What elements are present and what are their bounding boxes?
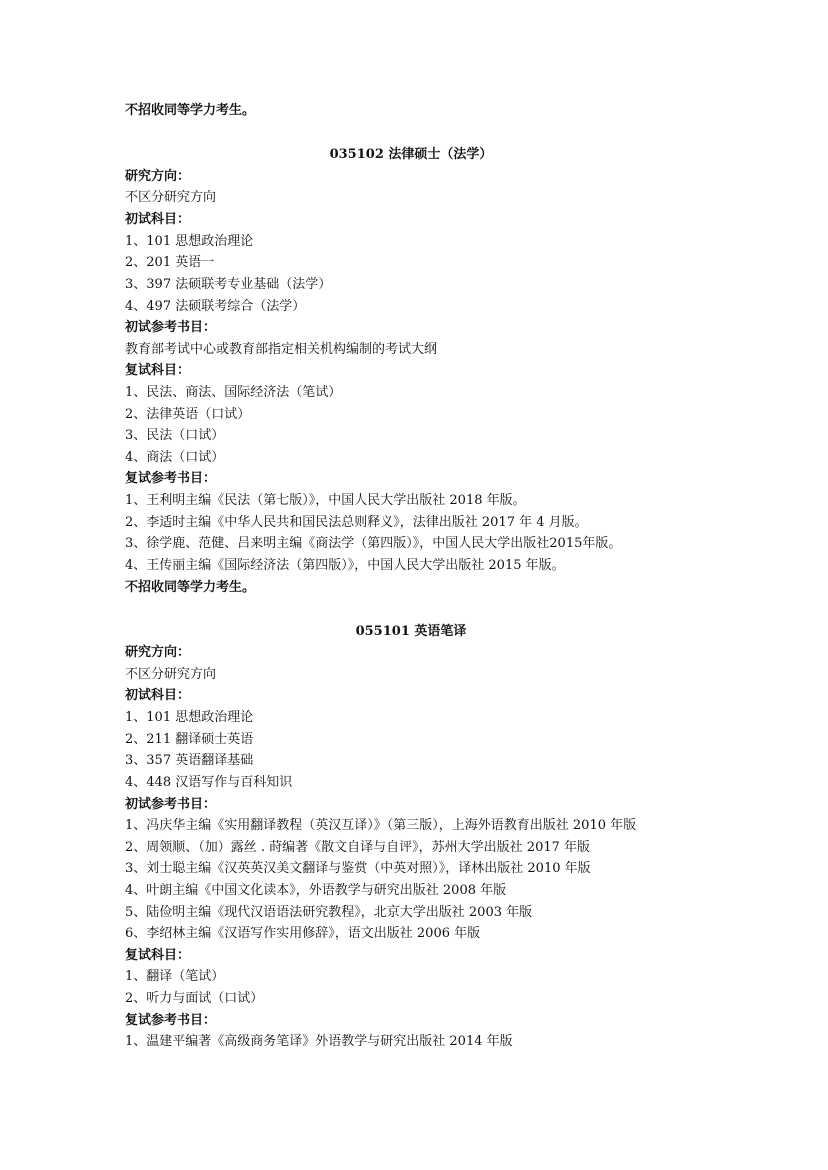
initial-subject-item: 1、101 思想政治理论 [125,707,253,729]
retest-books-label: 复试参考书目： [125,468,216,490]
retest-subject-item: 2、法律英语（口试） [125,404,250,426]
retest-subject-item: 3、民法（口试） [125,425,224,447]
initial-book-item: 2、周领顺、（加）露丝 . 莳编著《散文自译与自评》，苏州大学出版社 2017 … [125,837,590,859]
initial-book-item: 3、刘士聪主编《汉英英汉美文翻译与鉴赏（中英对照）》，译林出版社 2010 年版 [125,858,591,880]
retest-book-item: 2、李适时主编《中华人民共和国民法总则释义》，法律出版社 2017 年 4 月版… [125,512,588,534]
initial-book-item: 教育部考试中心或教育部指定相关机构编制的考试大纲 [125,339,437,361]
retest-subject-item: 2、听力与面试（口试） [125,988,263,1010]
retest-subject-item: 1、民法、商法、国际经济法（笔试） [125,382,341,404]
initial-subject-item: 4、448 汉语写作与百科知识 [125,772,292,794]
retest-book-item: 4、王传丽主编《国际经济法（第四版）》，中国人民大学出版社 2015 年版。 [125,555,565,577]
initial-subjects-label: 初试科目： [125,685,190,707]
section-title-text: 055101 英语笔译 [356,624,467,639]
top-note: 不招收同等学力考生。 [125,100,255,122]
initial-book-item: 5、陆俭明主编《现代汉语语法研究教程》，北京大学出版社 2003 年版 [125,902,532,924]
retest-book-item: 3、徐学鹿、范健、吕来明主编《商法学（第四版）》，中国人民大学出版社2015年版… [125,533,621,555]
section-title-translation: 055101 英语笔译 [0,621,828,643]
initial-books-label: 初试参考书目： [125,794,216,816]
initial-subject-item: 1、101 思想政治理论 [125,231,253,253]
document-page: 不招收同等学力考生。 035102 法律硕士（法学） 研究方向： 不区分研究方向… [0,0,828,1170]
direction-value: 不区分研究方向 [125,187,216,209]
retest-book-item: 1、王利明主编《民法（第七版）》，中国人民大学出版社 2018 年版。 [125,490,526,512]
retest-book-item: 1、温建平编著《高级商务笔译》外语教学与研究出版社 2014 年版 [125,1031,513,1053]
retest-subjects-label: 复试科目： [125,360,190,382]
direction-label: 研究方向： [125,166,190,188]
initial-subject-item: 4、497 法硕联考综合（法学） [125,296,305,318]
initial-subject-item: 3、397 法硕联考专业基础（法学） [125,274,331,296]
initial-subjects-label: 初试科目： [125,209,190,231]
initial-book-item: 4、叶朗主编《中国文化读本》，外语教学与研究出版社 2008 年版 [125,880,506,902]
initial-book-item: 1、冯庆华主编《实用翻译教程（英汉互译）》（第三版），上海外语教育出版社 201… [125,815,636,837]
retest-subject-item: 4、商法（口试） [125,447,224,469]
section-title-text: 035102 法律硕士（法学） [330,147,493,162]
retest-books-label: 复试参考书目： [125,1010,216,1032]
section-title-law: 035102 法律硕士（法学） [0,144,828,166]
retest-subjects-label: 复试科目： [125,945,190,967]
section-note: 不招收同等学力考生。 [125,577,255,599]
initial-subject-item: 2、211 翻译硕士英语 [125,729,253,751]
direction-label: 研究方向： [125,642,190,664]
retest-subject-item: 1、翻译（笔试） [125,966,224,988]
initial-subject-item: 3、357 英语翻译基础 [125,750,253,772]
initial-books-label: 初试参考书目： [125,317,216,339]
direction-value: 不区分研究方向 [125,664,216,686]
initial-book-item: 6、李绍林主编《汉语写作实用修辞》，语文出版社 2006 年版 [125,923,480,945]
initial-subject-item: 2、201 英语一 [125,252,214,274]
